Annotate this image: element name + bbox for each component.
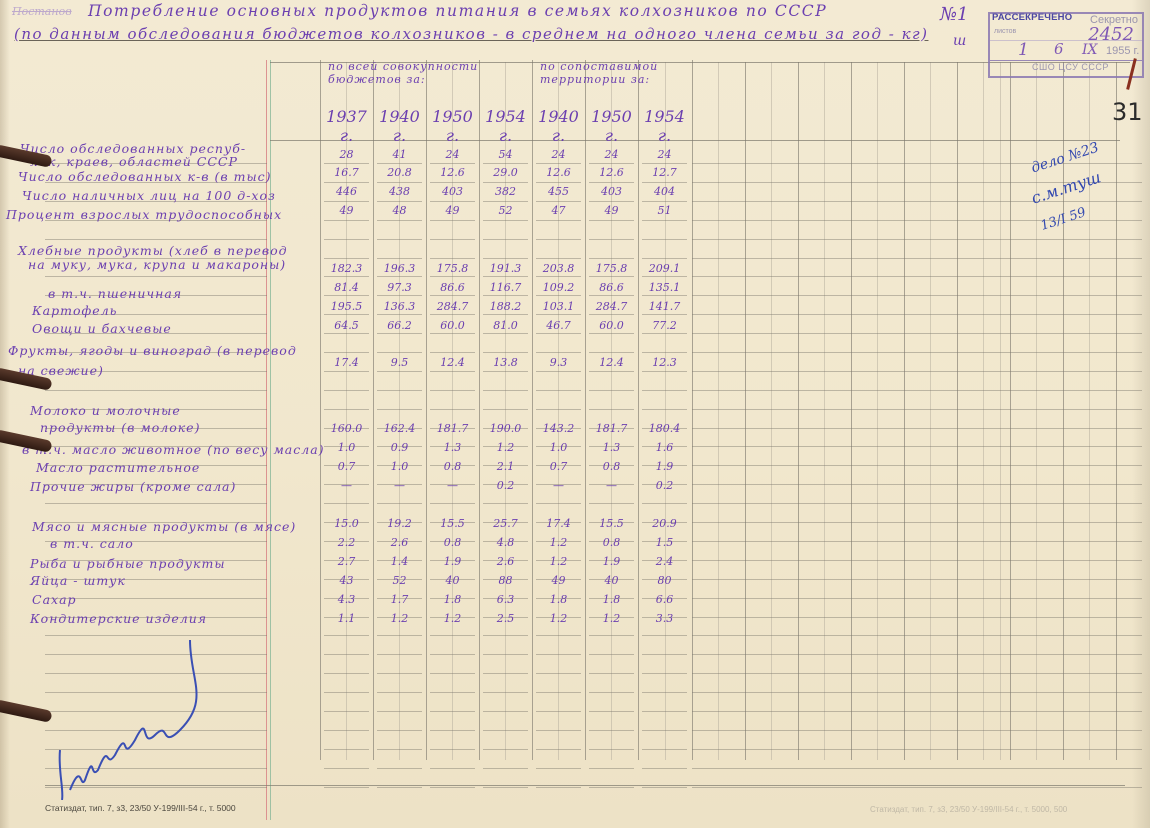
grid-horizontal-line <box>324 220 369 221</box>
table-cell: 81.0 <box>479 319 532 333</box>
grid-horizontal-line <box>642 768 687 769</box>
table-cell: 196.3 <box>373 262 426 276</box>
grid-horizontal-line <box>430 182 475 183</box>
table-cell: 66.2 <box>373 319 426 333</box>
grid-horizontal-line <box>377 333 422 334</box>
year-column-header: 1950 г. <box>585 107 638 145</box>
table-cell: 49 <box>585 204 638 218</box>
grid-horizontal-line <box>377 730 422 731</box>
table-cell: 1.2 <box>532 555 585 569</box>
table-cell: 0.9 <box>373 441 426 455</box>
table-cell: 52 <box>479 204 532 218</box>
grid-horizontal-line <box>692 276 1142 277</box>
grid-horizontal-line <box>536 352 581 353</box>
table-cell: 51 <box>638 204 691 218</box>
grid-horizontal-line <box>642 390 687 391</box>
table-cell: 15.5 <box>426 517 479 531</box>
grid-vertical-line <box>320 60 321 760</box>
row-label: в т.ч. масло животное (по весу масла) <box>22 443 325 457</box>
table-cell: 6.3 <box>479 593 532 607</box>
grid-horizontal-line <box>692 692 1142 693</box>
grid-horizontal-line <box>692 635 1142 636</box>
grid-horizontal-line <box>324 673 369 674</box>
grid-horizontal-line <box>692 598 1142 599</box>
table-cell: 438 <box>373 185 426 199</box>
table-cell: — <box>320 479 373 493</box>
grid-horizontal-line <box>692 522 1142 523</box>
grid-horizontal-line <box>483 711 528 712</box>
grid-horizontal-line <box>324 295 369 296</box>
grid-horizontal-line <box>536 371 581 372</box>
stamp-month: 6 <box>1054 40 1064 58</box>
grid-horizontal-line <box>642 692 687 693</box>
table-cell: 40 <box>585 574 638 588</box>
table-cell: 190.0 <box>479 422 532 436</box>
grid-horizontal-line <box>692 768 1142 769</box>
table-cell: 1.2 <box>585 612 638 626</box>
grid-horizontal-line <box>45 239 267 240</box>
table-cell: 77.2 <box>638 319 691 333</box>
table-cell: 1.2 <box>373 612 426 626</box>
table-cell: 1.2 <box>532 612 585 626</box>
grid-horizontal-line <box>642 635 687 636</box>
grid-horizontal-line <box>536 314 581 315</box>
grid-horizontal-line <box>430 352 475 353</box>
grid-horizontal-line <box>430 768 475 769</box>
grid-horizontal-line <box>430 673 475 674</box>
table-cell: 13.8 <box>479 356 532 370</box>
grid-horizontal-line <box>692 711 1142 712</box>
grid-horizontal-line <box>589 692 634 693</box>
table-cell: 9.3 <box>532 356 585 370</box>
grid-horizontal-line <box>692 239 1142 240</box>
table-cell: 2.6 <box>373 536 426 550</box>
declassification-stamp: РАССЕКРЕЧЕНО Секретно листов 2452 1 6 IX… <box>988 12 1144 78</box>
row-label: Кондитерские изделия <box>30 612 207 626</box>
group-header-comparable-territory: по сопоставимой территории за: <box>540 60 690 86</box>
table-cell: 188.2 <box>479 300 532 314</box>
table-cell: 24 <box>426 148 479 162</box>
grid-horizontal-line <box>377 749 422 750</box>
table-cell: 47 <box>532 204 585 218</box>
table-cell: 1.2 <box>479 441 532 455</box>
grid-horizontal-line <box>589 371 634 372</box>
grid-horizontal-line <box>642 258 687 259</box>
grid-horizontal-line <box>377 201 422 202</box>
year-column-header: 1937 г. <box>320 107 373 145</box>
grid-horizontal-line <box>324 503 369 504</box>
grid-horizontal-line <box>45 503 267 504</box>
table-cell: 141.7 <box>638 300 691 314</box>
grid-horizontal-line <box>642 787 687 788</box>
grid-horizontal-line <box>430 314 475 315</box>
table-cell: 24 <box>638 148 691 162</box>
grid-horizontal-line <box>692 258 1142 259</box>
grid-horizontal-line <box>536 182 581 183</box>
grid-horizontal-line <box>430 258 475 259</box>
table-cell: 182.3 <box>320 262 373 276</box>
grid-horizontal-line <box>430 371 475 372</box>
table-cell: 20.8 <box>373 166 426 180</box>
grid-horizontal-line <box>324 276 369 277</box>
grid-horizontal-line <box>377 371 422 372</box>
table-cell: 60.0 <box>426 319 479 333</box>
table-cell: 29.0 <box>479 166 532 180</box>
grid-horizontal-line <box>483 239 528 240</box>
row-label: Процент взрослых трудоспособных <box>6 208 282 222</box>
table-cell: 49 <box>320 204 373 218</box>
table-cell: 40 <box>426 574 479 588</box>
table-cell: 2.2 <box>320 536 373 550</box>
table-cell: 24 <box>585 148 638 162</box>
grid-horizontal-line <box>324 730 369 731</box>
table-cell: 191.3 <box>479 262 532 276</box>
table-cell: 19.2 <box>373 517 426 531</box>
table-cell: — <box>532 479 585 493</box>
grid-horizontal-line <box>589 390 634 391</box>
grid-horizontal-line <box>589 711 634 712</box>
grid-horizontal-line <box>589 673 634 674</box>
grid-horizontal-line <box>483 635 528 636</box>
grid-horizontal-line <box>483 503 528 504</box>
grid-horizontal-line <box>430 503 475 504</box>
grid-horizontal-line <box>536 163 581 164</box>
row-label: Число обследованных к-в (в тыс) <box>18 170 272 184</box>
grid-horizontal-line <box>377 692 422 693</box>
row-label: Сахар <box>32 593 77 607</box>
grid-vertical-line <box>1000 62 1001 760</box>
table-cell: 1.0 <box>373 460 426 474</box>
grid-horizontal-line <box>536 635 581 636</box>
table-cell: 162.4 <box>373 422 426 436</box>
grid-vertical-line <box>798 62 799 760</box>
grid-horizontal-line <box>692 428 1142 429</box>
row-label: Число наличных лиц на 100 д-хоз <box>22 189 276 203</box>
grid-horizontal-line <box>430 730 475 731</box>
grid-horizontal-line <box>642 239 687 240</box>
row-label: Овощи и бахчевые <box>32 322 172 336</box>
grid-horizontal-line <box>324 409 369 410</box>
grid-horizontal-line <box>377 787 422 788</box>
grid-horizontal-line <box>430 409 475 410</box>
grid-horizontal-line <box>324 749 369 750</box>
table-cell: 403 <box>426 185 479 199</box>
stamp-small-label: листов <box>994 28 1016 35</box>
grid-vertical-line <box>877 62 878 760</box>
row-label: в т.ч. сало <box>50 537 134 551</box>
row-label: Молоко и молочные <box>30 404 181 418</box>
grid-horizontal-line <box>483 295 528 296</box>
grid-horizontal-line <box>377 768 422 769</box>
grid-horizontal-line <box>377 673 422 674</box>
grid-horizontal-line <box>589 333 634 334</box>
table-cell: 404 <box>638 185 691 199</box>
grid-horizontal-line <box>589 295 634 296</box>
grid-horizontal-line <box>430 635 475 636</box>
table-cell: 41 <box>373 148 426 162</box>
grid-vertical-line <box>930 62 931 760</box>
grid-horizontal-line <box>45 390 267 391</box>
table-cell: 116.7 <box>479 281 532 295</box>
grid-horizontal-line <box>483 371 528 372</box>
grid-horizontal-line <box>430 711 475 712</box>
row-label: Фрукты, ягоды и виноград (в перевод <box>8 344 297 358</box>
table-cell: 80 <box>638 574 691 588</box>
stamp-month-roman: IX <box>1082 42 1098 58</box>
table-cell: 3.3 <box>638 612 691 626</box>
grid-horizontal-line <box>483 220 528 221</box>
row-label: Хлебные продукты (хлеб в перевод <box>18 244 288 258</box>
grid-horizontal-line <box>430 276 475 277</box>
table-cell: 0.8 <box>585 536 638 550</box>
grid-horizontal-line <box>692 201 1142 202</box>
grid-horizontal-line <box>536 409 581 410</box>
grid-horizontal-line <box>589 749 634 750</box>
grid-horizontal-line <box>45 598 267 599</box>
table-cell: 455 <box>532 185 585 199</box>
table-cell: 1.5 <box>638 536 691 550</box>
table-cell: 0.8 <box>426 460 479 474</box>
document-number: №1 <box>940 4 969 25</box>
table-cell: 109.2 <box>532 281 585 295</box>
stamp-organization: СШО ЦСУ СССР <box>1032 62 1109 72</box>
grid-horizontal-line <box>536 692 581 693</box>
grid-vertical-line <box>1089 62 1090 760</box>
table-cell: 12.6 <box>532 166 585 180</box>
table-cell: 1.2 <box>532 536 585 550</box>
grid-horizontal-line <box>536 239 581 240</box>
grid-horizontal-line <box>589 258 634 259</box>
stamp-header: РАССЕКРЕЧЕНО <box>992 12 1072 23</box>
table-cell: 1.0 <box>532 441 585 455</box>
grid-horizontal-line <box>324 787 369 788</box>
table-cell: 54 <box>479 148 532 162</box>
grid-horizontal-line <box>483 749 528 750</box>
grid-horizontal-line <box>642 371 687 372</box>
grid-horizontal-line <box>324 258 369 259</box>
grid-horizontal-line <box>536 730 581 731</box>
grid-horizontal-line <box>483 409 528 410</box>
grid-horizontal-line <box>377 503 422 504</box>
table-cell: 2.1 <box>479 460 532 474</box>
table-cell: 284.7 <box>585 300 638 314</box>
grid-horizontal-line <box>692 503 1142 504</box>
grid-horizontal-line <box>377 390 422 391</box>
table-cell: 46.7 <box>532 319 585 333</box>
grid-horizontal-line <box>692 654 1142 655</box>
grid-horizontal-line <box>642 409 687 410</box>
grid-horizontal-line <box>324 182 369 183</box>
grid-horizontal-line <box>377 163 422 164</box>
row-label: Яйца - штук <box>30 574 126 588</box>
grid-horizontal-line <box>324 390 369 391</box>
grid-vertical-line <box>983 62 984 760</box>
grid-horizontal-line <box>589 220 634 221</box>
grid-vertical-line <box>638 60 639 760</box>
table-cell: 12.6 <box>426 166 479 180</box>
document-sheet: Постанов Потребление основных продуктов … <box>0 0 1150 828</box>
grid-horizontal-line <box>377 276 422 277</box>
grid-horizontal-line <box>692 579 1142 580</box>
grid-horizontal-line <box>324 711 369 712</box>
grid-vertical-line <box>851 62 852 760</box>
grid-horizontal-line <box>692 352 1142 353</box>
grid-vertical-line <box>771 62 772 760</box>
grid-horizontal-line <box>642 295 687 296</box>
table-cell: 48 <box>373 204 426 218</box>
table-cell: 1.2 <box>426 612 479 626</box>
grid-horizontal-line <box>483 673 528 674</box>
table-cell: 0.8 <box>585 460 638 474</box>
table-cell: 43 <box>320 574 373 588</box>
crossed-prefix: Постанов <box>12 5 72 18</box>
table-cell: 52 <box>373 574 426 588</box>
table-cell: 136.3 <box>373 300 426 314</box>
grid-horizontal-line <box>589 201 634 202</box>
table-cell: 15.5 <box>585 517 638 531</box>
table-cell: 175.8 <box>426 262 479 276</box>
sheet-number: 31 <box>1112 98 1143 126</box>
grid-horizontal-line <box>692 314 1142 315</box>
grid-horizontal-line <box>483 768 528 769</box>
table-cell: 86.6 <box>426 281 479 295</box>
grid-vertical-line <box>426 60 427 760</box>
grid-horizontal-line <box>377 409 422 410</box>
table-cell: 1.9 <box>585 555 638 569</box>
grid-horizontal-line <box>324 635 369 636</box>
year-column-header: 1954 г. <box>479 107 532 145</box>
grid-horizontal-line <box>377 182 422 183</box>
grid-horizontal-line <box>692 484 1142 485</box>
table-cell: 88 <box>479 574 532 588</box>
grid-horizontal-line <box>430 390 475 391</box>
grid-horizontal-line <box>536 333 581 334</box>
grid-horizontal-line <box>430 654 475 655</box>
grid-horizontal-line <box>377 220 422 221</box>
grid-horizontal-line <box>536 390 581 391</box>
row-label: Мясо и мясные продукты (в мясе) <box>32 520 296 534</box>
table-cell: 17.4 <box>320 356 373 370</box>
grid-horizontal-line <box>324 333 369 334</box>
grid-horizontal-line <box>642 654 687 655</box>
grid-horizontal-line <box>692 560 1142 561</box>
table-cell: 86.6 <box>585 281 638 295</box>
grid-horizontal-line <box>377 295 422 296</box>
grid-horizontal-line <box>642 182 687 183</box>
grid-horizontal-line <box>377 654 422 655</box>
grid-horizontal-line <box>430 749 475 750</box>
document-title: Потребление основных продуктов питания в… <box>88 2 827 20</box>
grid-horizontal-line <box>692 465 1142 466</box>
grid-horizontal-line <box>377 258 422 259</box>
table-cell: 1.0 <box>320 441 373 455</box>
grid-horizontal-line <box>589 768 634 769</box>
grid-horizontal-line <box>536 201 581 202</box>
grid-horizontal-line <box>377 711 422 712</box>
grid-horizontal-line <box>324 201 369 202</box>
table-cell: 1.8 <box>426 593 479 607</box>
grid-horizontal-line <box>642 749 687 750</box>
table-cell: 9.5 <box>373 356 426 370</box>
grid-horizontal-line <box>430 239 475 240</box>
document-number-suffix: ш <box>953 33 966 49</box>
grid-horizontal-line <box>536 258 581 259</box>
grid-horizontal-line <box>589 276 634 277</box>
table-cell: 180.4 <box>638 422 691 436</box>
table-cell: 24 <box>532 148 585 162</box>
grid-horizontal-line <box>692 333 1142 334</box>
grid-horizontal-line <box>483 163 528 164</box>
grid-vertical-line <box>824 62 825 760</box>
grid-horizontal-line <box>430 787 475 788</box>
grid-horizontal-line <box>45 635 267 636</box>
grid-horizontal-line <box>589 314 634 315</box>
table-cell: 20.9 <box>638 517 691 531</box>
grid-horizontal-line <box>589 730 634 731</box>
grid-vertical-line <box>904 62 905 760</box>
table-cell: 2.4 <box>638 555 691 569</box>
table-cell: 49 <box>532 574 585 588</box>
grid-horizontal-line <box>536 787 581 788</box>
table-cell: — <box>585 479 638 493</box>
table-cell: 2.6 <box>479 555 532 569</box>
table-cell: 1.8 <box>585 593 638 607</box>
row-label-continuation: лик, краев, областей СССР <box>30 155 238 169</box>
grid-horizontal-line <box>483 182 528 183</box>
row-label-continuation: на муку, мука, крупа и макароны) <box>28 258 286 272</box>
grid-horizontal-line <box>642 201 687 202</box>
grid-horizontal-line <box>642 276 687 277</box>
grid-horizontal-line <box>483 333 528 334</box>
document-subtitle: (по данным обследования бюджетов колхозн… <box>14 25 928 43</box>
table-cell: 12.7 <box>638 166 691 180</box>
grid-horizontal-line <box>377 239 422 240</box>
grid-horizontal-line <box>377 635 422 636</box>
grid-horizontal-line <box>692 787 1142 788</box>
row-label: Прочие жиры (кроме сала) <box>30 480 236 494</box>
table-cell: 12.6 <box>585 166 638 180</box>
table-cell: 0.7 <box>532 460 585 474</box>
grid-vertical-line <box>745 62 746 760</box>
grid-horizontal-line <box>692 730 1142 731</box>
grid-vertical-line <box>692 60 693 760</box>
grid-horizontal-line <box>692 295 1142 296</box>
grid-horizontal-line <box>324 239 369 240</box>
table-cell: 1.9 <box>638 460 691 474</box>
table-cell: 0.2 <box>479 479 532 493</box>
table-cell: 1.4 <box>373 555 426 569</box>
stamp-day: 1 <box>1018 40 1029 60</box>
table-cell: 60.0 <box>585 319 638 333</box>
row-label: Масло растительное <box>36 461 200 475</box>
table-cell: 284.7 <box>426 300 479 314</box>
table-cell: 64.5 <box>320 319 373 333</box>
row-label: Рыба и рыбные продукты <box>30 557 226 571</box>
grid-horizontal-line <box>483 787 528 788</box>
grid-horizontal-line <box>483 201 528 202</box>
table-cell: 15.0 <box>320 517 373 531</box>
table-cell: 403 <box>585 185 638 199</box>
grid-horizontal-line <box>536 768 581 769</box>
table-cell: 12.3 <box>638 356 691 370</box>
grid-horizontal-line <box>483 352 528 353</box>
table-cell: 28 <box>320 148 373 162</box>
grid-horizontal-line <box>324 692 369 693</box>
grid-horizontal-line <box>430 163 475 164</box>
grid-horizontal-line <box>430 692 475 693</box>
table-cell: 4.8 <box>479 536 532 550</box>
grid-horizontal-line <box>589 352 634 353</box>
